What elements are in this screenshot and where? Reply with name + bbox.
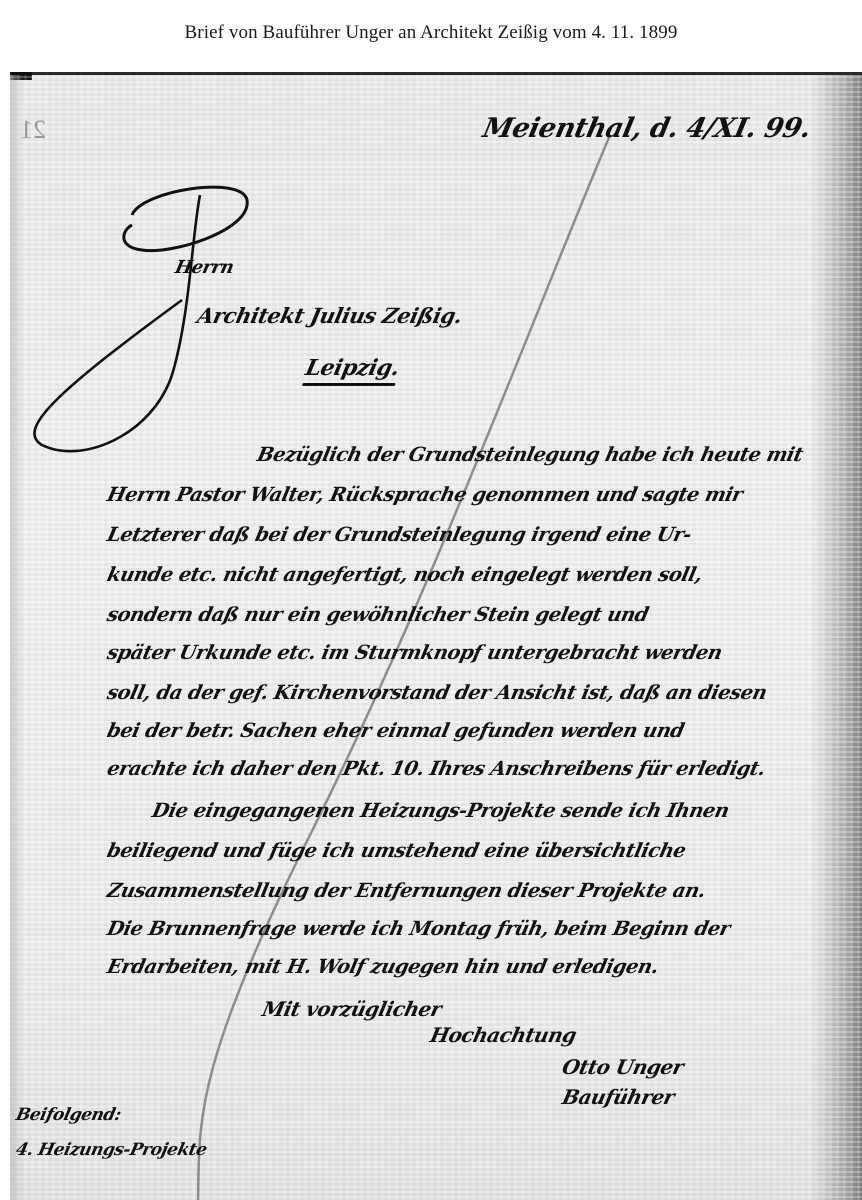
body-line: Die eingegangenen Heizungs-Projekte send…	[150, 799, 731, 822]
body-line: Zusammenstellung der Entfernungen dieser…	[105, 879, 708, 902]
document-caption: Brief von Bauführer Unger an Architekt Z…	[0, 22, 862, 44]
signature-title: Bauführer	[560, 1085, 676, 1109]
body-line: bei der betr. Sachen eher einmal gefunde…	[105, 719, 686, 742]
body-line: kunde etc. nicht angefertigt, noch einge…	[105, 563, 704, 586]
city-underline	[302, 383, 396, 386]
addressee-name: Architekt Julius Zeißig.	[195, 303, 464, 328]
salutation-herrn: Herrn	[173, 257, 235, 278]
body-line: Die Brunnenfrage werde ich Montag früh, …	[105, 917, 732, 940]
page: Brief von Bauführer Unger an Architekt Z…	[0, 0, 862, 1200]
body-line: soll, da der gef. Kirchenvorstand der An…	[105, 681, 769, 704]
body-line: erachte ich daher den Pkt. 10. Ihres Ans…	[105, 757, 767, 780]
footnote-enclosure-label: Beifolgend:	[14, 1105, 123, 1125]
body-line: Letzterer daß bei der Grundsteinlegung i…	[105, 523, 693, 546]
body-line: beiliegend und füge ich umstehend eine ü…	[105, 839, 688, 862]
scanned-letter: 21 Meienthal, d. 4/XI. 99. Herrn Archite…	[10, 72, 862, 1200]
body-line: Erdarbeiten, mit H. Wolf zugegen hin und…	[105, 955, 661, 978]
body-line: sondern daß nur ein gewöhnlicher Stein g…	[105, 603, 651, 626]
addressee-city: Leipzig.	[302, 355, 402, 386]
body-line: Bezüglich der Grundsteinlegung habe ich …	[255, 443, 805, 466]
addressee-city-text: Leipzig.	[303, 355, 402, 381]
paper-left-edge	[10, 75, 24, 1200]
signature-regards: Hochachtung	[428, 1023, 579, 1047]
signature-name: Otto Unger	[560, 1055, 686, 1079]
body-line: später Urkunde etc. im Sturmknopf unterg…	[105, 641, 724, 664]
archive-page-number: 21	[20, 115, 46, 145]
body-line: Herrn Pastor Walter, Rücksprache genomme…	[105, 483, 745, 506]
footnote-enclosure-item: 4. Heizungs-Projekte	[14, 1140, 209, 1160]
closing-phrase: Mit vorzüglicher	[260, 997, 444, 1021]
place-date: Meienthal, d. 4/XI. 99.	[480, 113, 814, 144]
